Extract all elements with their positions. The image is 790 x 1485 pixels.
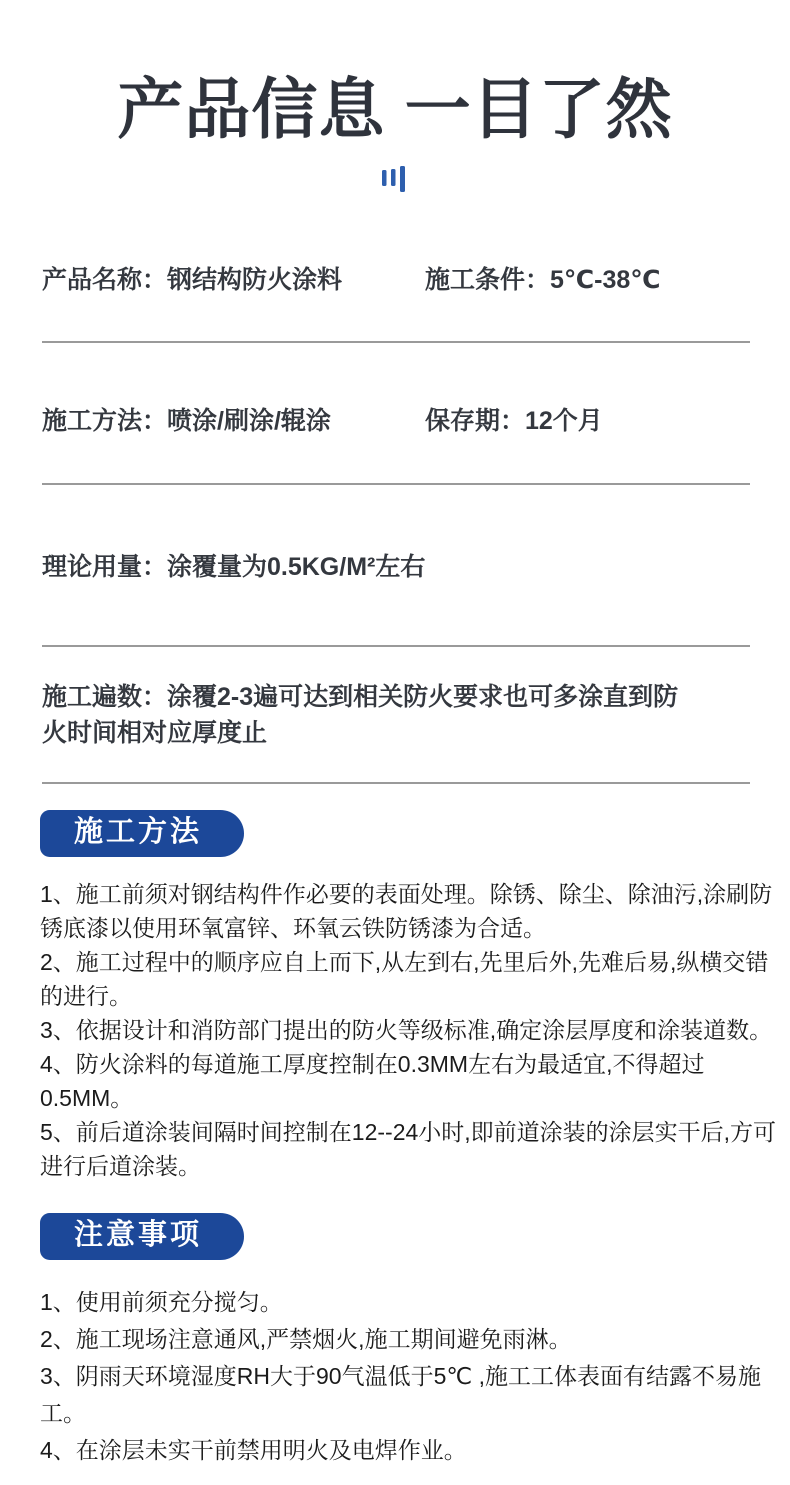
section-construction-method: 施工方法 1、施工前须对钢结构件作必要的表面处理。除锈、除尘、除油污,涂刷防锈底…	[0, 784, 790, 1183]
list-item: 5、前后道涂装间隔时间控制在12--24小时,即前道涂装的涂层实干后,方可进行后…	[40, 1115, 786, 1183]
page-title: 产品信息 一目了然	[0, 0, 790, 160]
spec-row-theoretical-usage: 理论用量：涂覆量为0.5KG/M²左右	[42, 485, 750, 647]
section-heading-construction-method: 施工方法	[40, 810, 244, 857]
list-item: 1、施工前须对钢结构件作必要的表面处理。除锈、除尘、除油污,涂刷防锈底漆以使用环…	[40, 877, 786, 945]
section-heading-precautions: 注意事项	[40, 1213, 244, 1260]
spec-shelf-life: 保存期：12个月	[425, 403, 750, 439]
bottom-whitespace	[0, 1469, 790, 1485]
precautions-list: 1、使用前须充分搅匀。 2、施工现场注意通风,严禁烟火,施工期间避免雨淋。 3、…	[40, 1284, 786, 1469]
list-item: 1、使用前须充分搅匀。	[40, 1284, 786, 1321]
construction-method-list: 1、施工前须对钢结构件作必要的表面处理。除锈、除尘、除油污,涂刷防锈底漆以使用环…	[40, 877, 786, 1183]
list-item: 3、依据设计和消防部门提出的防火等级标准,确定涂层厚度和涂装道数。	[40, 1013, 786, 1047]
spec-coats: 施工遍数：涂覆2-3遍可达到相关防火要求也可多涂直到防火时间相对应厚度止	[42, 679, 682, 751]
spec-table: 产品名称：钢结构防火涂料 施工条件：5℃-38℃ 施工方法：喷涂/刷涂/辊涂 保…	[42, 242, 750, 784]
spec-construction-condition: 施工条件：5℃-38℃	[425, 262, 750, 298]
list-item: 4、防火涂料的每道施工厚度控制在0.3MM左右为最适宜,不得超过0.5MM。	[40, 1047, 786, 1115]
product-info-page: 产品信息 一目了然 产品名称：钢结构防火涂料 施工条件：5℃-38℃ 施工方法：…	[0, 0, 790, 1485]
spec-product-name: 产品名称：钢结构防火涂料	[42, 262, 425, 298]
spec-row-product-name: 产品名称：钢结构防火涂料 施工条件：5℃-38℃	[42, 242, 750, 343]
title-mark-icon	[0, 164, 790, 194]
spec-row-method: 施工方法：喷涂/刷涂/辊涂 保存期：12个月	[42, 343, 750, 485]
list-item: 3、阴雨天环境湿度RH大于90气温低于5℃ ,施工工体表面有结露不易施工。	[40, 1358, 786, 1432]
spec-theoretical-usage: 理论用量：涂覆量为0.5KG/M²左右	[42, 549, 425, 585]
list-item: 2、施工现场注意通风,严禁烟火,施工期间避免雨淋。	[40, 1321, 786, 1358]
spec-construction-method: 施工方法：喷涂/刷涂/辊涂	[42, 403, 425, 439]
list-item: 4、在涂层未实干前禁用明火及电焊作业。	[40, 1432, 786, 1469]
list-item: 2、施工过程中的顺序应自上而下,从左到右,先里后外,先难后易,纵横交错的进行。	[40, 945, 786, 1013]
spec-row-coats: 施工遍数：涂覆2-3遍可达到相关防火要求也可多涂直到防火时间相对应厚度止	[42, 647, 750, 784]
section-precautions: 注意事项 1、使用前须充分搅匀。 2、施工现场注意通风,严禁烟火,施工期间避免雨…	[0, 1183, 790, 1469]
